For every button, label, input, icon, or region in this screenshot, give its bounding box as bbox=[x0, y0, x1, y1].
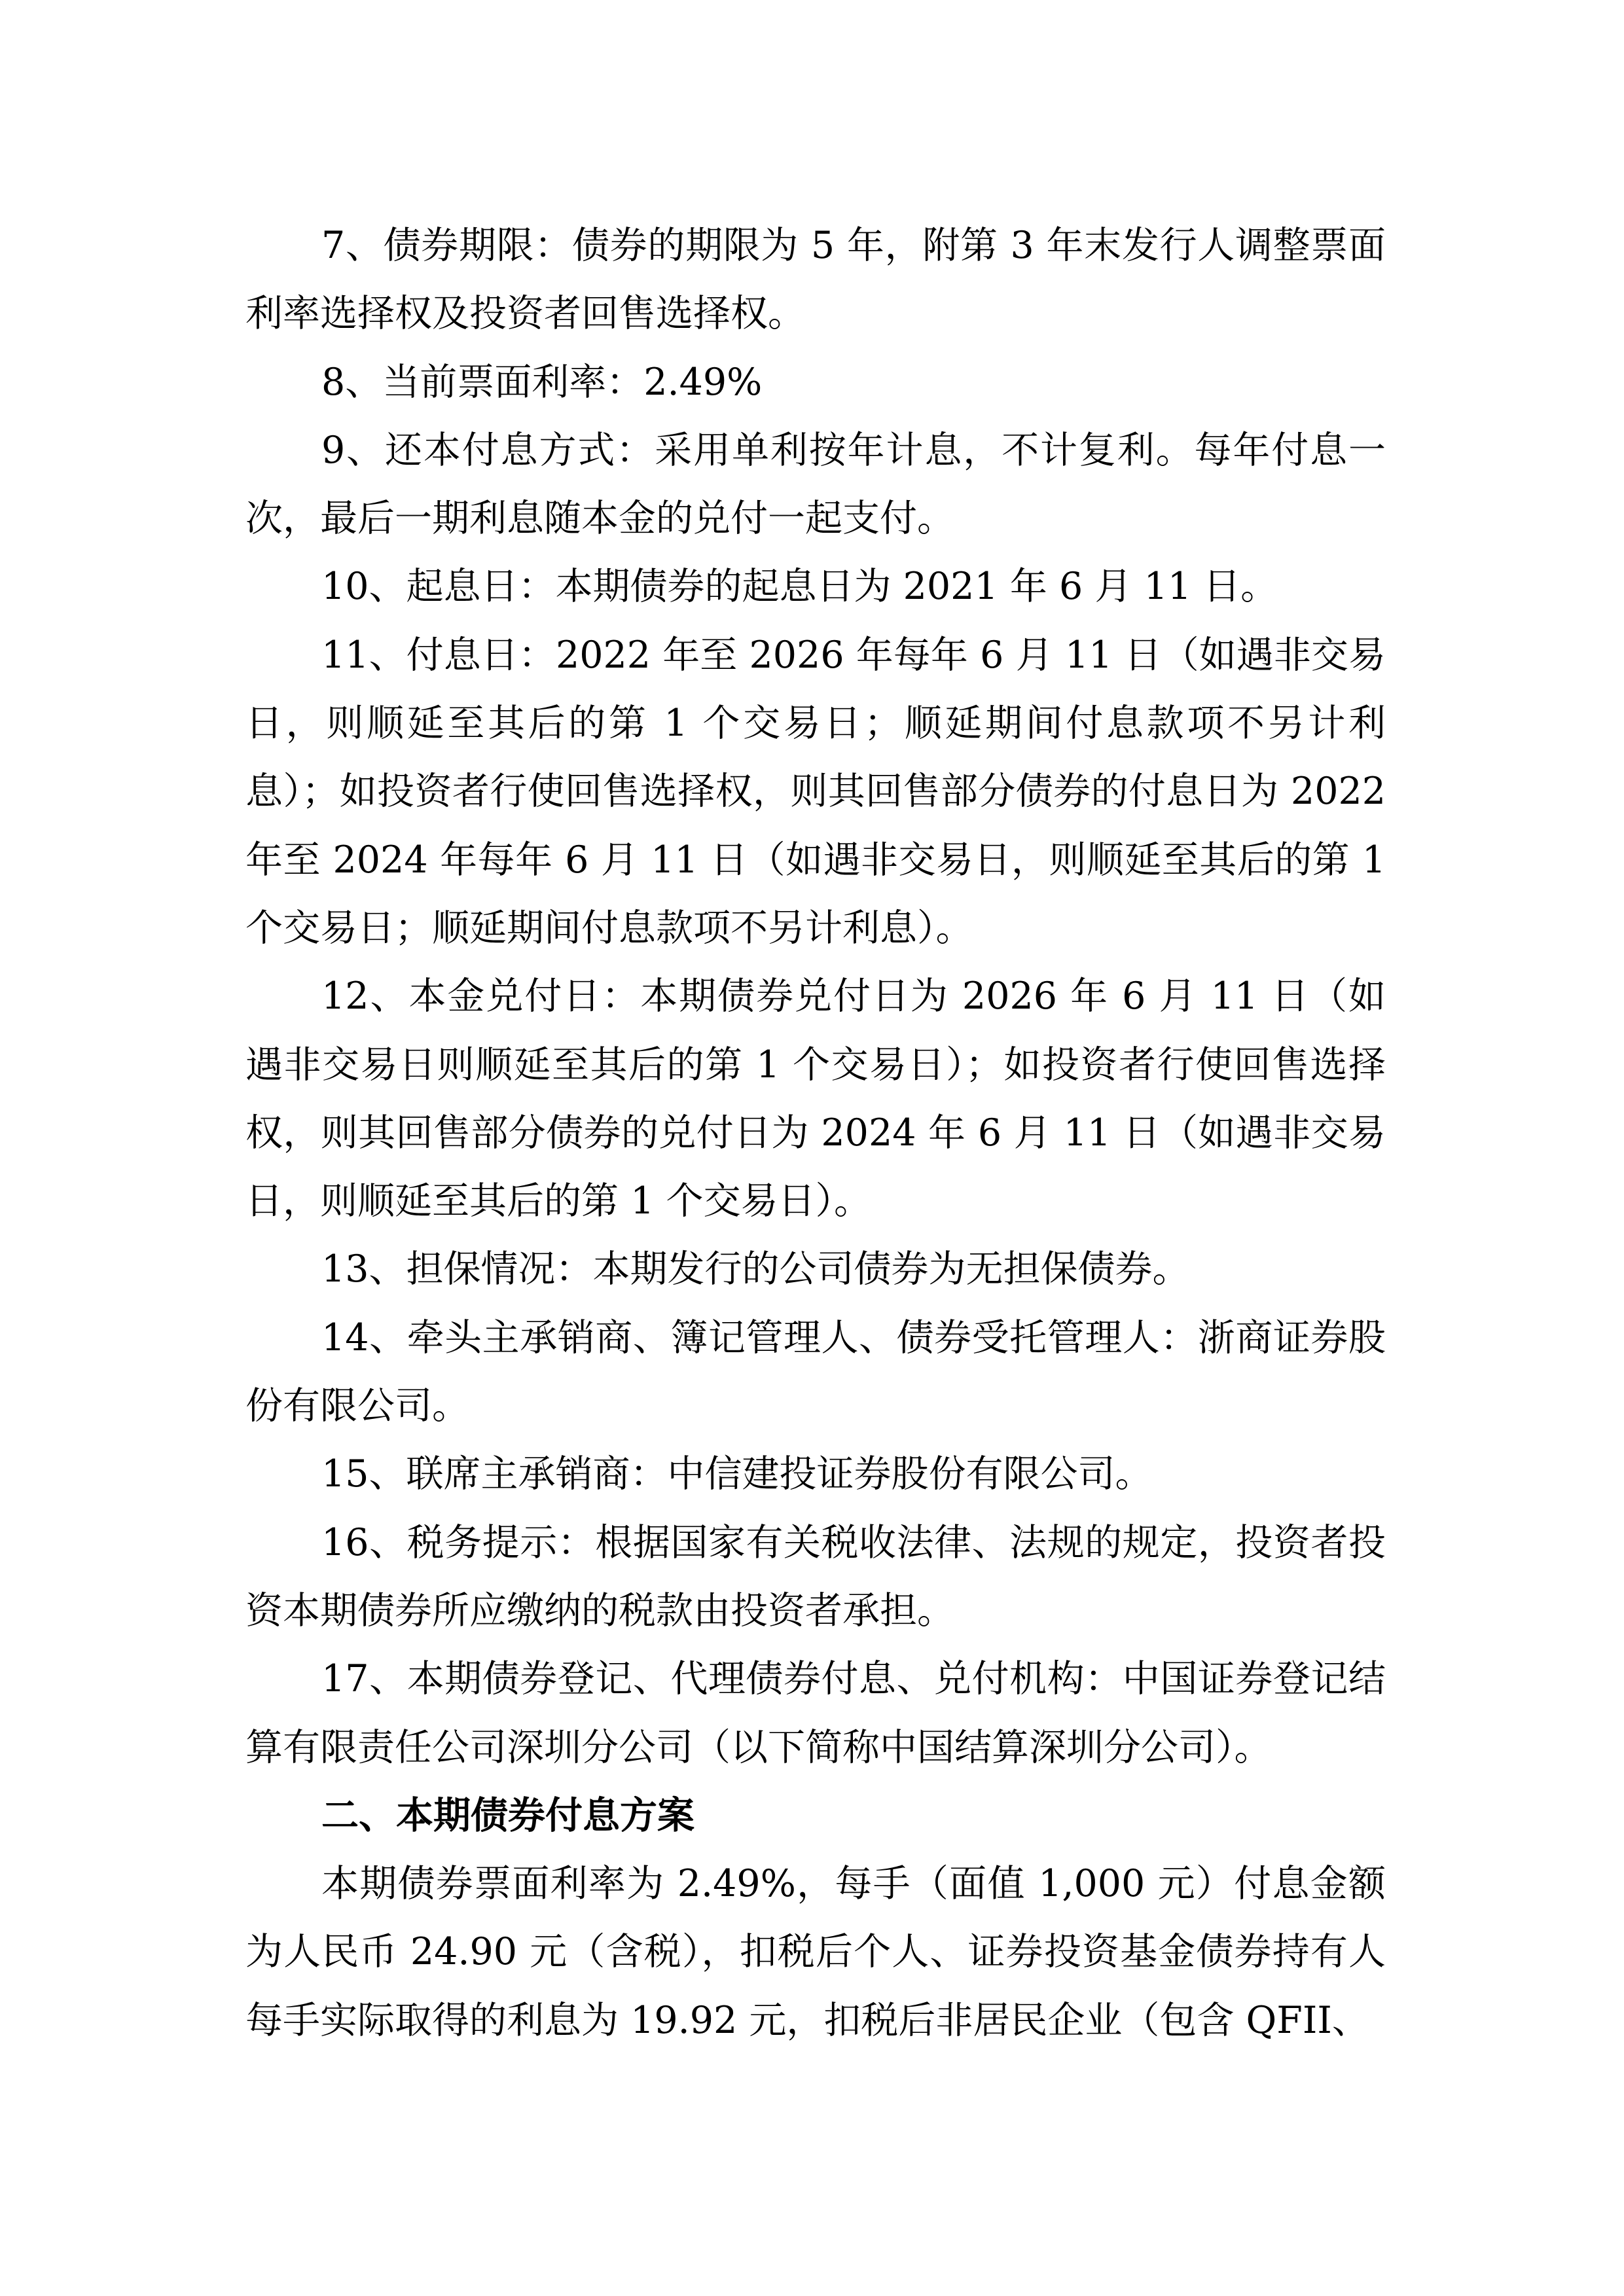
item-number: 10、 bbox=[321, 565, 406, 608]
item-text: 本期债券登记、代理债券付息、兑付机构：中国证券登记结算有限责任公司深圳分公司（以… bbox=[245, 1657, 1386, 1768]
item-number: 16、 bbox=[321, 1521, 407, 1564]
item-text: 本金兑付日：本期债券兑付日为 2026 年 6 月 11 日（如遇非交易日则顺延… bbox=[245, 975, 1386, 1223]
item-text: 牵头主承销商、簿记管理人、债券受托管理人：浙商证券股份有限公司。 bbox=[245, 1316, 1386, 1427]
item-text: 还本付息方式：采用单利按年计息，不计复利。每年付息一次，最后一期利息随本金的兑付… bbox=[245, 429, 1386, 540]
registration-agency-item: 17、本期债券登记、代理债券付息、兑付机构：中国证券登记结算有限责任公司深圳分公… bbox=[245, 1645, 1386, 1782]
coupon-rate-item: 8、当前票面利率：2.49% bbox=[245, 348, 1386, 416]
item-text: 起息日：本期债券的起息日为 2021 年 6 月 11 日。 bbox=[406, 565, 1278, 608]
item-number: 7、 bbox=[321, 224, 384, 267]
item-number: 17、 bbox=[321, 1657, 407, 1700]
item-number: 8、 bbox=[321, 361, 382, 404]
item-number: 13、 bbox=[321, 1247, 406, 1291]
bond-term-item: 7、债券期限：债券的期限为 5 年，附第 3 年末发行人调整票面利率选择权及投资… bbox=[245, 211, 1386, 348]
interest-payment-date-item: 11、付息日：2022 年至 2026 年每年 6 月 11 日（如遇非交易日，… bbox=[245, 621, 1386, 962]
item-number: 9、 bbox=[321, 429, 385, 472]
item-text: 当前票面利率：2.49% bbox=[382, 361, 762, 404]
item-text: 担保情况：本期发行的公司债券为无担保债券。 bbox=[406, 1247, 1190, 1291]
guarantee-item: 13、担保情况：本期发行的公司债券为无担保债券。 bbox=[245, 1235, 1386, 1303]
joint-underwriter-item: 15、联席主承销商：中信建投证券股份有限公司。 bbox=[245, 1440, 1386, 1508]
interest-plan-paragraph: 本期债券票面利率为 2.49%，每手（面值 1,000 元）付息金额为人民币 2… bbox=[245, 1850, 1386, 2054]
item-text: 债券期限：债券的期限为 5 年，附第 3 年末发行人调整票面利率选择权及投资者回… bbox=[245, 224, 1386, 335]
item-number: 15、 bbox=[321, 1452, 406, 1496]
item-number: 12、 bbox=[321, 975, 408, 1018]
item-text: 付息日：2022 年至 2026 年每年 6 月 11 日（如遇非交易日，则顺延… bbox=[245, 634, 1386, 950]
lead-underwriter-item: 14、牵头主承销商、簿记管理人、债券受托管理人：浙商证券股份有限公司。 bbox=[245, 1304, 1386, 1441]
item-text: 联席主承销商：中信建投证券股份有限公司。 bbox=[406, 1452, 1153, 1496]
tax-notice-item: 16、税务提示：根据国家有关税收法律、法规的规定，投资者投资本期债券所应缴纳的税… bbox=[245, 1509, 1386, 1645]
principal-redemption-date-item: 12、本金兑付日：本期债券兑付日为 2026 年 6 月 11 日（如遇非交易日… bbox=[245, 962, 1386, 1235]
repayment-method-item: 9、还本付息方式：采用单利按年计息，不计复利。每年付息一次，最后一期利息随本金的… bbox=[245, 416, 1386, 553]
value-date-item: 10、起息日：本期债券的起息日为 2021 年 6 月 11 日。 bbox=[245, 552, 1386, 620]
item-text: 税务提示：根据国家有关税收法律、法规的规定，投资者投资本期债券所应缴纳的税款由投… bbox=[245, 1521, 1386, 1632]
item-number: 11、 bbox=[321, 634, 406, 677]
section-heading: 二、本期债券付息方案 bbox=[245, 1782, 1386, 1850]
document-page: 7、债券期限：债券的期限为 5 年，附第 3 年末发行人调整票面利率选择权及投资… bbox=[245, 211, 1386, 2054]
item-number: 14、 bbox=[321, 1316, 407, 1359]
